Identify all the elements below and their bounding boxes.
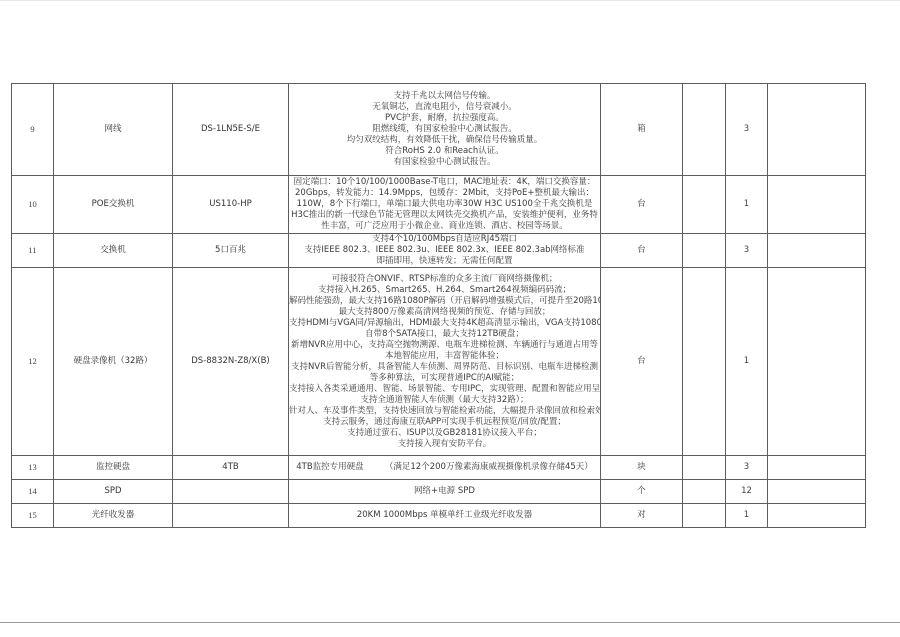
item-unit: 箱 bbox=[601, 84, 683, 176]
row-number: 14 bbox=[12, 480, 54, 504]
item-spec: 支持4个10/100Mbps自适应RJ45端口支持IEEE 802.3、IEEE… bbox=[289, 234, 601, 268]
spec-line: 网络+电源 SPD bbox=[289, 486, 600, 497]
spec-line: 20KM 1000Mbps 单模单纤工业级光纤收发器 bbox=[289, 510, 600, 521]
item-remark bbox=[768, 234, 866, 268]
item-quantity: 1 bbox=[726, 176, 768, 234]
spec-line: 4TB监控专用硬盘 （满足12个200万像素海康威视摄像机录像存储45天） bbox=[289, 462, 600, 473]
item-model: DS-8832N-Z8/X(B) bbox=[173, 268, 289, 456]
spec-line: 解码性能强劲，最大支持16路1080P解码（开启解码增强模式后，可提升至20路1… bbox=[289, 296, 600, 307]
item-spec: 可接驳符合ONVIF、RTSP标准的众多主流厂商网络摄像机；支持接入H.265、… bbox=[289, 268, 601, 456]
item-unit: 台 bbox=[601, 176, 683, 234]
item-name: 监控硬盘 bbox=[54, 456, 173, 480]
spec-line: 支持千兆以太网信号传输。 bbox=[289, 91, 600, 102]
spec-line: 支持4个10/100Mbps自适应RJ45端口 bbox=[289, 234, 600, 245]
item-spec: 20KM 1000Mbps 单模单纤工业级光纤收发器 bbox=[289, 504, 601, 528]
table-row: 15光纤收发器20KM 1000Mbps 单模单纤工业级光纤收发器对1 bbox=[12, 504, 866, 528]
spec-line: 无氧铜芯，直流电阻小，信号衰减小。 bbox=[289, 102, 600, 113]
item-model: 4TB bbox=[173, 456, 289, 480]
spec-line: 固定端口：10个10/100/1000Base-T电口，MAC地址表：4K，端口… bbox=[289, 177, 600, 232]
item-spec: 支持千兆以太网信号传输。无氧铜芯，直流电阻小，信号衰减小。PVC护套，耐磨，抗拉… bbox=[289, 84, 601, 176]
item-model bbox=[173, 504, 289, 528]
spec-line: 支持接入现有安防平台。 bbox=[289, 439, 600, 450]
item-spec: 网络+电源 SPD bbox=[289, 480, 601, 504]
item-name: 网线 bbox=[54, 84, 173, 176]
item-quantity: 3 bbox=[726, 234, 768, 268]
row-number: 12 bbox=[12, 268, 54, 456]
item-model bbox=[173, 480, 289, 504]
spec-line: PVC护套，耐磨，抗拉强度高。 bbox=[289, 113, 600, 124]
spec-line: 自带8个SATA接口，最大支持12TB硬盘； bbox=[289, 329, 600, 340]
spec-line: 支持全通道智能人车侦测（最大支持32路）； bbox=[289, 395, 600, 406]
item-remark bbox=[768, 504, 866, 528]
table-row: 14SPD网络+电源 SPD个12 bbox=[12, 480, 866, 504]
item-price bbox=[683, 456, 726, 480]
row-number: 15 bbox=[12, 504, 54, 528]
item-model: 5口百兆 bbox=[173, 234, 289, 268]
spec-line: 最大支持800万像素高清网络视频的预览、存储与回放； bbox=[289, 307, 600, 318]
spec-line: 阻燃线缆，有国家检验中心测试报告。 bbox=[289, 124, 600, 135]
item-remark bbox=[768, 176, 866, 234]
row-number: 11 bbox=[12, 234, 54, 268]
item-price bbox=[683, 480, 726, 504]
spec-line: 支持接入各类采通通用、智能、场景智能、专用IPC，实现管理、配置和智能应用呈现； bbox=[289, 384, 600, 395]
spec-line: 支持HDMI与VGA同/异源输出，HDMI最大支持4K超高清显示输出，VGA支持… bbox=[289, 318, 600, 329]
table-row: 10POE交换机US110-HP固定端口：10个10/100/1000Base-… bbox=[12, 176, 866, 234]
equipment-spec-table: 9网线DS-1LN5E-S/E支持千兆以太网信号传输。无氧铜芯，直流电阻小，信号… bbox=[11, 83, 866, 528]
item-quantity: 1 bbox=[726, 268, 768, 456]
item-remark bbox=[768, 456, 866, 480]
spec-line: 可接驳符合ONVIF、RTSP标准的众多主流厂商网络摄像机； bbox=[289, 274, 600, 285]
item-quantity: 1 bbox=[726, 504, 768, 528]
item-price bbox=[683, 268, 726, 456]
item-unit: 台 bbox=[601, 234, 683, 268]
spec-line: 均匀双绞结构，有效降低干扰，确保信号传输质量。 bbox=[289, 135, 600, 146]
item-unit: 对 bbox=[601, 504, 683, 528]
item-name: POE交换机 bbox=[54, 176, 173, 234]
item-remark bbox=[768, 84, 866, 176]
item-price bbox=[683, 234, 726, 268]
item-unit: 块 bbox=[601, 456, 683, 480]
spec-line: 支持云服务，通过海康互联APP可实现手机远程预览/回放/配置； bbox=[289, 417, 600, 428]
item-quantity: 3 bbox=[726, 456, 768, 480]
spec-line: 针对人、车及事件类型，支持快速回放与智能检索功能，大幅提升录像回放和检索效率； bbox=[289, 406, 600, 417]
spec-line: 支持通过萤石、ISUP以及GB28181协议接入平台； bbox=[289, 428, 600, 439]
item-name: 交换机 bbox=[54, 234, 173, 268]
item-price bbox=[683, 176, 726, 234]
item-price bbox=[683, 84, 726, 176]
item-name: 硬盘录像机（32路） bbox=[54, 268, 173, 456]
table-body: 9网线DS-1LN5E-S/E支持千兆以太网信号传输。无氧铜芯，直流电阻小，信号… bbox=[12, 84, 866, 528]
page-edge-bottom bbox=[0, 622, 900, 623]
spec-line: 即插即用，快速转发；无需任何配置 bbox=[289, 256, 600, 267]
spec-line: 有国家检验中心测试报告。 bbox=[289, 157, 600, 168]
item-spec: 固定端口：10个10/100/1000Base-T电口，MAC地址表：4K，端口… bbox=[289, 176, 601, 234]
item-remark bbox=[768, 268, 866, 456]
item-name: SPD bbox=[54, 480, 173, 504]
row-number: 13 bbox=[12, 456, 54, 480]
spec-line: 支持接入H.265、Smart265、H.264、Smart264视频编码码流； bbox=[289, 285, 600, 296]
item-remark bbox=[768, 480, 866, 504]
table-row: 11交换机5口百兆支持4个10/100Mbps自适应RJ45端口支持IEEE 8… bbox=[12, 234, 866, 268]
item-model: US110-HP bbox=[173, 176, 289, 234]
page-edge-top bbox=[0, 0, 900, 1]
spec-line: 新增NVR应用中心，支持高空抛物溯源、电瓶车进梯检测、车辆通行与通道占用等本地智… bbox=[289, 340, 600, 362]
item-price bbox=[683, 504, 726, 528]
item-spec: 4TB监控专用硬盘 （满足12个200万像素海康威视摄像机录像存储45天） bbox=[289, 456, 601, 480]
table-row: 12硬盘录像机（32路）DS-8832N-Z8/X(B)可接驳符合ONVIF、R… bbox=[12, 268, 866, 456]
item-quantity: 12 bbox=[726, 480, 768, 504]
item-unit: 个 bbox=[601, 480, 683, 504]
row-number: 9 bbox=[12, 84, 54, 176]
item-quantity: 3 bbox=[726, 84, 768, 176]
item-name: 光纤收发器 bbox=[54, 504, 173, 528]
spec-line: 符合RoHS 2.0 和Reach认证。 bbox=[289, 146, 600, 157]
table-row: 9网线DS-1LN5E-S/E支持千兆以太网信号传输。无氧铜芯，直流电阻小，信号… bbox=[12, 84, 866, 176]
item-unit: 台 bbox=[601, 268, 683, 456]
spec-line: 支持NVR后智能分析，具备智能人车侦测、周界防范、目标识别、电瓶车进梯检测等多种… bbox=[289, 362, 600, 384]
row-number: 10 bbox=[12, 176, 54, 234]
table-row: 13监控硬盘4TB4TB监控专用硬盘 （满足12个200万像素海康威视摄像机录像… bbox=[12, 456, 866, 480]
item-model: DS-1LN5E-S/E bbox=[173, 84, 289, 176]
spec-line: 支持IEEE 802.3、IEEE 802.3u、IEEE 802.3x、IEE… bbox=[289, 245, 600, 256]
